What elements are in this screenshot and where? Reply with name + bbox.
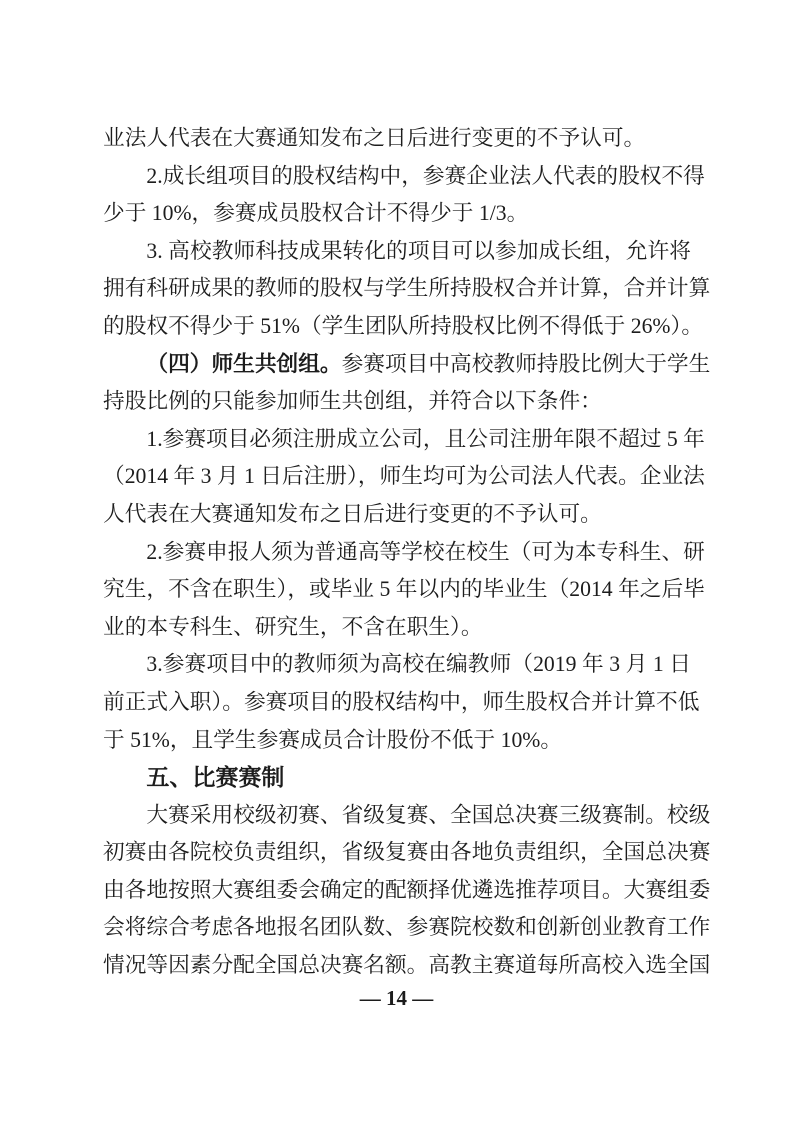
text-line: （四）师生共创组。参赛项目中高校教师持股比例大于学生 xyxy=(103,346,691,384)
text-line: 1.参赛项目必须注册成立公司，且公司注册年限不超过 5 年 xyxy=(103,421,691,459)
text-line: 究生，不含在职生），或毕业 5 年以内的毕业生（2014 年之后毕 xyxy=(103,571,691,609)
text-line: 大赛采用校级初赛、省级复赛、全国总决赛三级赛制。校级 xyxy=(103,797,691,835)
page-number: — 14 — xyxy=(360,986,434,1010)
text-line: 初赛由各院校负责组织，省级复赛由各地负责组织，全国总决赛 xyxy=(103,834,691,872)
line-text: 于 51%，且学生参赛成员合计股份不低于 10%。 xyxy=(103,728,562,752)
line-text: 1.参赛项目必须注册成立公司，且公司注册年限不超过 5 年 xyxy=(146,427,704,451)
line-text: 的股权不得少于 51%（学生团队所持股权比例不得低于 26%）。 xyxy=(103,314,703,338)
line-text: 3. 高校教师科技成果转化的项目可以参加成长组，允许将 xyxy=(146,239,691,263)
page-footer: — 14 — xyxy=(0,984,793,1012)
line-text: 业法人代表在大赛通知发布之日后进行变更的不予认可。 xyxy=(103,126,645,150)
text-line: 2.参赛申报人须为普通高等学校在校生（可为本专科生、研 xyxy=(103,534,691,572)
section-heading: 五、比赛赛制 xyxy=(103,759,691,797)
text-line: 前正式入职）。参赛项目的股权结构中，师生股权合并计算不低 xyxy=(103,684,691,722)
document-page: 业法人代表在大赛通知发布之日后进行变更的不予认可。2.成长组项目的股权结构中，参… xyxy=(0,0,793,1122)
text-line: 3. 高校教师科技成果转化的项目可以参加成长组，允许将 xyxy=(103,233,691,271)
line-text: 究生，不含在职生），或毕业 5 年以内的毕业生（2014 年之后毕 xyxy=(103,577,705,601)
line-text: 2.成长组项目的股权结构中，参赛企业法人代表的股权不得 xyxy=(146,164,704,188)
line-text: 情况等因素分配全国总决赛名额。高教主赛道每所高校入选全国 xyxy=(103,953,710,977)
line-text: 初赛由各院校负责组织，省级复赛由各地负责组织，全国总决赛 xyxy=(103,840,710,864)
text-line: 业法人代表在大赛通知发布之日后进行变更的不予认可。 xyxy=(103,120,691,158)
line-text: 参赛项目中高校教师持股比例大于学生 xyxy=(342,352,711,376)
text-line: 由各地按照大赛组委会确定的配额择优遴选推荐项目。大赛组委 xyxy=(103,872,691,910)
line-text: 少于 10%，参赛成员股权合计不得少于 1/3。 xyxy=(103,201,528,225)
line-text: 业的本专科生、研究生，不含在职生）。 xyxy=(103,615,483,639)
text-line: 3.参赛项目中的教师须为高校在编教师（2019 年 3 月 1 日 xyxy=(103,646,691,684)
line-text: 持股比例的只能参加师生共创组，并符合以下条件： xyxy=(103,389,602,413)
text-line: 人代表在大赛通知发布之日后进行变更的不予认可。 xyxy=(103,496,691,534)
line-text: 会将综合考虑各地报名团队数、参赛院校数和创新创业教育工作 xyxy=(103,915,710,939)
text-line: 情况等因素分配全国总决赛名额。高教主赛道每所高校入选全国 xyxy=(103,947,691,985)
subsection-label: （四）师生共创组。 xyxy=(146,352,341,376)
text-line: 2.成长组项目的股权结构中，参赛企业法人代表的股权不得 xyxy=(103,158,691,196)
text-line: 业的本专科生、研究生，不含在职生）。 xyxy=(103,609,691,647)
line-text: 大赛采用校级初赛、省级复赛、全国总决赛三级赛制。校级 xyxy=(146,803,710,827)
line-text: 人代表在大赛通知发布之日后进行变更的不予认可。 xyxy=(103,502,602,526)
text-line: 少于 10%，参赛成员股权合计不得少于 1/3。 xyxy=(103,195,691,233)
text-line: 会将综合考虑各地报名团队数、参赛院校数和创新创业教育工作 xyxy=(103,909,691,947)
text-line: （2014 年 3 月 1 日后注册），师生均可为公司法人代表。企业法 xyxy=(103,458,691,496)
line-text: 前正式入职）。参赛项目的股权结构中，师生股权合并计算不低 xyxy=(103,690,699,714)
text-line: 的股权不得少于 51%（学生团队所持股权比例不得低于 26%）。 xyxy=(103,308,691,346)
line-text: 拥有科研成果的教师的股权与学生所持股权合并计算，合并计算 xyxy=(103,276,710,300)
line-text: 由各地按照大赛组委会确定的配额择优遴选推荐项目。大赛组委 xyxy=(103,878,710,902)
line-text: 2.参赛申报人须为普通高等学校在校生（可为本专科生、研 xyxy=(146,540,704,564)
line-text: （2014 年 3 月 1 日后注册），师生均可为公司法人代表。企业法 xyxy=(103,464,705,488)
line-text: 3.参赛项目中的教师须为高校在编教师（2019 年 3 月 1 日 xyxy=(146,652,691,676)
text-line: 于 51%，且学生参赛成员合计股份不低于 10%。 xyxy=(103,722,691,760)
text-line: 持股比例的只能参加师生共创组，并符合以下条件： xyxy=(103,383,691,421)
text-line: 拥有科研成果的教师的股权与学生所持股权合并计算，合并计算 xyxy=(103,270,691,308)
document-body: 业法人代表在大赛通知发布之日后进行变更的不予认可。2.成长组项目的股权结构中，参… xyxy=(103,120,691,985)
line-text: 五、比赛赛制 xyxy=(146,764,284,790)
